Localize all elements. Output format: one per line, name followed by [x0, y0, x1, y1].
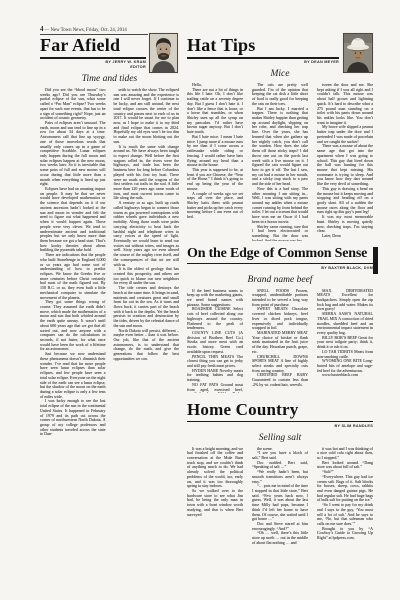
body-paragraph: This guy is drawing a bead on the mouse … — [317, 187, 373, 215]
common-sense-column-3: MAX DEHYDRATED MEATS Excellent for backp… — [317, 289, 373, 393]
body-paragraph: Did you see the “blood moon” two weeks a… — [40, 88, 106, 121]
common-sense-column-2: SNELL FOODS Frozen, wrapped, unidentifia… — [252, 289, 308, 393]
body-paragraph: “Everywhere. This guy had ice cream salt… — [317, 475, 373, 503]
home-country-title: Home Country — [187, 401, 373, 419]
body-paragraph: This year is supposed to be, at least if… — [187, 168, 243, 192]
body-paragraph: A couple of weeks ago we set traps all o… — [187, 192, 243, 220]
hat-tips-byline: BY DEAN MEYER — [187, 60, 339, 65]
body-paragraph: It is the oldest of geology that has cre… — [114, 267, 180, 286]
byline-role: EDITOR — [40, 65, 146, 70]
body-paragraph: ROADSIDE CUISINE Select cuts of beef col… — [187, 307, 243, 331]
editor-mugshot-photo — [149, 33, 178, 73]
body-paragraph: There are not a lot of things in this li… — [187, 88, 243, 135]
banner-ornament-bar — [373, 247, 378, 274]
newspaper-page: 4— New Town News, Friday, Oct. 24, 2014 … — [0, 0, 400, 600]
body-paragraph: MARINATED MERRY MEAT Your choice of bris… — [252, 331, 308, 355]
body-paragraph: Shirley came running, sure that I had be… — [252, 225, 308, 241]
folio-line: 4— New Town News, Friday, Oct. 24, 2014 — [40, 25, 240, 33]
article-home-country: Home Country BY SLIM RANDLES Selling sal… — [187, 401, 373, 580]
body-paragraph: There are indications that the people wh… — [40, 253, 106, 300]
body-paragraph: SNELL FOODS Frozen, wrapped, unidentifia… — [252, 289, 308, 308]
body-paragraph: SIERRA SAM’S NATURAL TRAIL MIX A concoct… — [317, 312, 373, 336]
far-afield-columns: Did you see the “blood moon” two weeks a… — [40, 88, 179, 577]
common-sense-headline-rule — [187, 263, 373, 264]
body-paragraph: But I hate mice. I mean I hate mice. I j… — [187, 135, 243, 168]
body-paragraph: “So I went to pay for my drink and I say… — [317, 503, 373, 527]
body-paragraph: it was hot and I was thinking of a nice … — [317, 447, 373, 461]
body-paragraph: www.baxterblack.com — [317, 373, 373, 378]
article-far-afield: Far Afield BY JERRY W. KRAM EDITOR Time … — [40, 36, 179, 577]
body-paragraph: MAX DEHYDRATED MEATS Excellent for backp… — [317, 289, 373, 313]
folio-text: — New Town News, Friday, Oct. 24, 2014 — [45, 28, 127, 33]
body-paragraph: PENCIL THIN MEATS The closest thing you … — [187, 355, 243, 369]
columnist-mugshot-photo — [343, 33, 373, 73]
home-country-subhead: Selling salt — [187, 433, 373, 444]
home-country-byline: BY SLIM RANDLES — [187, 424, 373, 429]
common-sense-subhead: Brand name beef — [187, 275, 373, 286]
home-country-column-3: it was hot and I was thinking of a nice … — [317, 447, 373, 580]
body-paragraph: North Dakota will persist, different – m… — [114, 329, 180, 362]
body-paragraph: But I am lucky. I married a trapper. The… — [252, 107, 308, 187]
body-paragraph: tween the door and me. She kept asking i… — [317, 83, 373, 125]
body-paragraph: It was a bright morning, and we had fini… — [187, 447, 243, 489]
body-paragraph: There was a mouse of about the same age … — [317, 144, 373, 186]
body-paragraph: So we walked over to the hardware store … — [187, 489, 243, 517]
home-country-column-2: the scene.“I see you have a block of sal… — [252, 447, 308, 580]
body-paragraph: Brought to you by “A Cowboy’s Guide to G… — [317, 527, 373, 541]
far-afield-headline-rule — [40, 57, 146, 59]
home-country-columns: It was a bright morning, and we had fini… — [187, 447, 373, 580]
hat-tips-columns: Hello,There are not a lot of things in t… — [187, 83, 373, 241]
body-paragraph: SWEET MEATS Chocolate covered chicken ki… — [252, 307, 308, 331]
article-common-sense: On the Edge of Common Sense BY BAXTER BL… — [187, 246, 373, 393]
hat-tips-column-1: Hello,There are not a lot of things in t… — [187, 83, 243, 241]
body-paragraph: HYDEN HARE Novelty meats for teething ba… — [187, 369, 243, 383]
hat-tips-column-2: The cats are pretty well guarded. I’m of… — [252, 83, 308, 241]
common-sense-column-1: If the beef business wants to keep up wi… — [187, 289, 243, 393]
far-afield-column-1: Did you see the “blood moon” two weeks a… — [40, 88, 106, 577]
body-paragraph: Pairs of eclipses aren’t unusual. The ea… — [40, 121, 106, 187]
body-paragraph: “… puts me in mind of the time I stopped… — [252, 484, 308, 522]
body-paragraph: It was my most memorable hunt. Shirley i… — [317, 215, 373, 234]
body-paragraph: It is much the same with change around u… — [114, 145, 180, 202]
hat-tips-headline-rule — [187, 57, 339, 59]
body-paragraph: They got some things wrong of course. Th… — [40, 300, 106, 352]
far-afield-column-2: seith to watch the show. The eclipsed su… — [114, 88, 180, 577]
home-country-headline-rule — [187, 421, 373, 422]
body-paragraph: BILLY BOB’S BEEF Great for your next tai… — [317, 336, 373, 350]
body-paragraph: Eclipses have had an amazing impact on p… — [40, 187, 106, 253]
body-paragraph: Just because we now understand these phe… — [40, 352, 106, 399]
body-paragraph: Now this is a bad story. The other morni… — [252, 187, 308, 225]
far-afield-byline: BY JERRY W. KRAM EDITOR — [40, 60, 146, 70]
body-paragraph: NO FAT PATS Ground meat from aged, exerc… — [187, 383, 243, 393]
body-paragraph: My brave wife slipped a peanut butter tr… — [317, 125, 373, 144]
article-hat-tips: Hat Tips BY DEAN MEYER Mice Hello,There … — [187, 36, 373, 241]
body-paragraph: I was lucky enough to see the last total… — [40, 399, 106, 437]
common-sense-title: On the Edge of Common Sense — [187, 246, 373, 261]
page-number: 4 — [40, 25, 44, 33]
body-paragraph: If the beef business wants to keep up wi… — [187, 289, 243, 308]
body-paragraph: The tide creates and destroys the beach … — [114, 286, 180, 328]
body-paragraph: CHURCHILL DOWNS SPORTS MEAT A line of hi… — [252, 355, 308, 374]
cowboy-hat-portrait-icon — [344, 34, 372, 72]
body-paragraph: COUNTY LINE CUTS (A division of Brothers… — [187, 331, 243, 355]
body-paragraph: A century or so ago, built up roads call… — [114, 201, 180, 267]
common-sense-columns: If the beef business wants to keep up wi… — [187, 289, 373, 393]
far-afield-subhead: Time and tides — [40, 74, 179, 85]
body-paragraph: seith to watch the show. The eclipsed su… — [114, 88, 180, 145]
body-paragraph: WYOMING ONE BITE Long-haired bits of ant… — [317, 359, 373, 373]
body-paragraph: CERTIFIED BEEF BABY Guaranteed to contai… — [252, 373, 308, 387]
editor-portrait-icon — [150, 34, 177, 72]
body-paragraph: The cats are pretty well guarded. I’m of… — [252, 83, 308, 107]
hat-tips-column-3: tween the door and me. She kept asking i… — [317, 83, 373, 241]
common-sense-byline: BY BAXTER BLACK, DVM — [187, 266, 373, 271]
body-paragraph: Later, Dean — [317, 234, 373, 239]
home-country-column-1: It was a bright morning, and we had fini… — [187, 447, 243, 580]
body-paragraph: “Oh … well, there’s this little store up… — [252, 531, 308, 545]
